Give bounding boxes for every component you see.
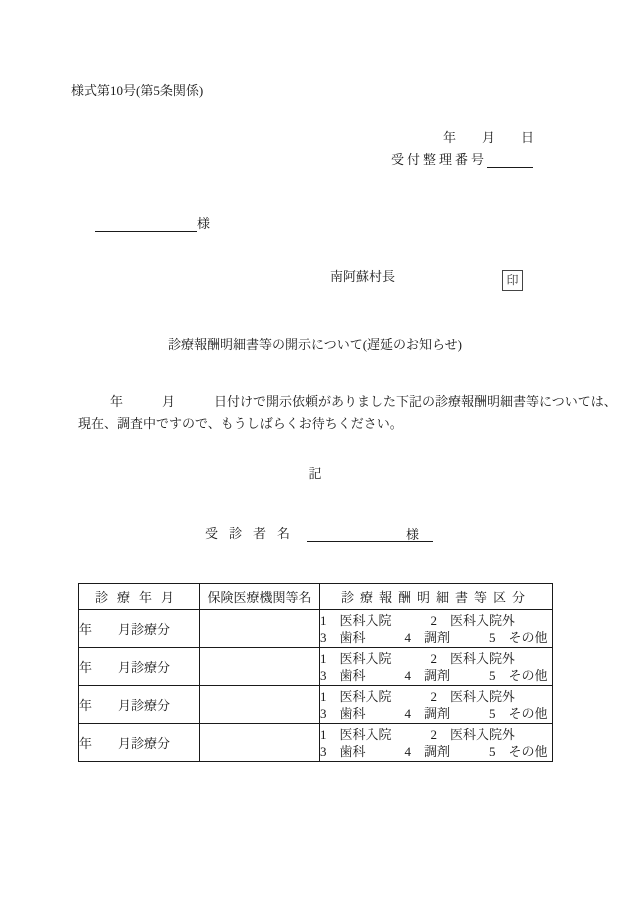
date-blank-line: 年 月 日 [443,130,534,146]
table-row: 年 月診療分 1 医科入院 2 医科入院外 3 歯科 4 調剤 5 その他 [79,610,553,648]
document-page: 様式第10号(第5条関係) 年 月 日 受付整理番号 様 南阿蘇村長 印 診療報… [0,0,630,903]
table-row: 年 月診療分 1 医科入院 2 医科入院外 3 歯科 4 調剤 5 その他 [79,724,553,762]
receipt-number-line: 受付整理番号 [391,152,533,168]
table-header-row: 診療年月 保険医療機関等名 診療報酬明細書等区分 [79,584,553,610]
header-treatment-period: 診療年月 [79,584,200,610]
category-options-line-1: 1 医科入院 2 医科入院外 [320,612,552,629]
category-options-line-2: 3 歯科 4 調剤 5 その他 [320,743,552,760]
cell-statement-category: 1 医科入院 2 医科入院外 3 歯科 4 調剤 5 その他 [320,724,553,762]
cell-medical-institution [200,724,320,762]
category-options-line-2: 3 歯科 4 調剤 5 その他 [320,629,552,646]
cell-statement-category: 1 医科入院 2 医科入院外 3 歯科 4 調剤 5 その他 [320,686,553,724]
document-title: 診療報酬明細書等の開示について(遅延のお知らせ) [0,337,630,353]
patient-name-blank: 様 [307,527,433,542]
addressee-suffix: 様 [197,216,210,231]
claims-table: 診療年月 保険医療機関等名 診療報酬明細書等区分 年 月診療分 1 医科入院 2… [78,583,553,762]
record-marker: 記 [0,466,630,482]
category-options-line-2: 3 歯科 4 調剤 5 その他 [320,667,552,684]
patient-name-line: 受診者名様 [205,526,433,542]
cell-treatment-period: 年 月診療分 [79,686,200,724]
cell-treatment-period: 年 月診療分 [79,648,200,686]
cell-treatment-period: 年 月診療分 [79,724,200,762]
cell-medical-institution [200,610,320,648]
category-options-line-2: 3 歯科 4 調剤 5 その他 [320,705,552,722]
seal-placeholder-icon: 印 [502,270,523,291]
receipt-number-label: 受付整理番号 [391,152,487,167]
addressee-name-blank [95,217,197,232]
cell-medical-institution [200,648,320,686]
header-medical-institution: 保険医療機関等名 [200,584,320,610]
cell-medical-institution [200,686,320,724]
patient-name-label: 受診者名 [205,526,301,541]
addressee-line: 様 [95,216,210,232]
body-paragraph-line-2: 現在、調査中ですので、もうしばらくお待ちください。 [78,416,403,432]
cell-statement-category: 1 医科入院 2 医科入院外 3 歯科 4 調剤 5 その他 [320,648,553,686]
category-options-line-1: 1 医科入院 2 医科入院外 [320,688,552,705]
header-statement-category: 診療報酬明細書等区分 [320,584,553,610]
table-row: 年 月診療分 1 医科入院 2 医科入院外 3 歯科 4 調剤 5 その他 [79,648,553,686]
seal-mark-glyph: 印 [506,273,518,287]
cell-treatment-period: 年 月診療分 [79,610,200,648]
body-paragraph-line-1: 年 月 日付けで開示依頼がありました下記の診療報酬明細書等については、 [78,394,617,410]
form-number: 様式第10号(第5条関係) [71,83,203,99]
patient-name-suffix: 様 [406,527,433,542]
category-options-line-1: 1 医科入院 2 医科入院外 [320,650,552,667]
cell-statement-category: 1 医科入院 2 医科入院外 3 歯科 4 調剤 5 その他 [320,610,553,648]
sender-name: 南阿蘇村長 [330,269,395,285]
table-row: 年 月診療分 1 医科入院 2 医科入院外 3 歯科 4 調剤 5 その他 [79,686,553,724]
category-options-line-1: 1 医科入院 2 医科入院外 [320,726,552,743]
receipt-number-blank [487,153,533,168]
